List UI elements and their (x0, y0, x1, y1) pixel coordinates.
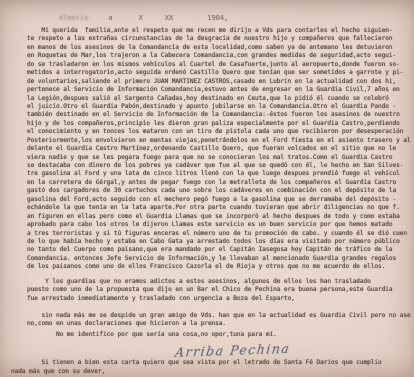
dateline-month: XX (165, 14, 173, 22)
typed-line: aprobado para cabo los otros le dijeron … (27, 221, 409, 229)
paragraph-guardias: Y los guardias que no eramos adictos a e… (27, 278, 409, 303)
typed-line: hijo y de los compañeros,principio les d… (27, 120, 409, 128)
typed-line: Posteriormente,los envolvieron en mantas… (27, 137, 409, 145)
typed-line: tre gasolina al Ford y una lata de cinco… (27, 170, 409, 178)
typed-line: gasolina del Ford,acto seguido con el me… (27, 196, 409, 204)
typed-line: no tanto del Cuerpo como paisano,que era… (27, 246, 409, 254)
typed-line: nada más que con su dever, (11, 368, 409, 376)
typed-line: pertenece al Servicio de Información Com… (27, 86, 409, 94)
typed-line: Y los guardias que no eramos adictos a e… (27, 278, 409, 286)
letter-body: Mi querida familia,ante el respeto que m… (27, 27, 409, 375)
typed-line: echándole la que tenía en la lata aparte… (27, 204, 409, 212)
typed-line: no,como en unas declaraciones que hicier… (27, 320, 409, 328)
dateline-day: X (139, 14, 143, 22)
typed-line: de los paisanos como uno de ellos Franci… (27, 263, 409, 271)
typed-line: el conocimiento y en tonces los mataron … (27, 128, 409, 136)
dateline: AlmeríaaXXX1904, (36, 6, 228, 18)
typed-line: en Roquetas de Mar,los trajeron a la Cab… (27, 52, 409, 60)
typed-line: puesto como uno de la propuesta que dijo… (27, 286, 409, 294)
typed-line: de voluntarios,saliendo el primero JUAN … (27, 78, 409, 86)
dateline-place: Almería (59, 14, 89, 22)
typed-line: fue arrestado inmediatamente y trasladad… (27, 295, 409, 303)
letter-page: AlmeríaaXXX1904, Mi querida familia,ante… (0, 0, 414, 377)
typed-line: gastó dos cargadores de 30 cartuchos cad… (27, 187, 409, 195)
typed-line: viera nadie y que se les pegara fuego pa… (27, 154, 409, 162)
typed-line: te respeto a las extrañas circunstancias… (27, 35, 409, 43)
dateline-token-a: a (108, 14, 112, 22)
typed-line: an figuren en ellas pero como el Guardia… (27, 213, 409, 221)
dateline-year: 1904, (207, 14, 228, 22)
typed-line: también destinado en el Servicio de Info… (27, 111, 409, 119)
typed-line: la Legión,despues salió al Sargento Caña… (27, 95, 409, 103)
paragraph-main: Mi querida familia,ante el respeto que m… (27, 27, 409, 272)
paragraph-postdata: Si tienen a bien esta carta quiero que s… (27, 359, 409, 376)
typed-line: a tres terroristas y si tú figuras encer… (27, 230, 409, 238)
paragraph-despedida: sin nada más me se despide un gran amigo… (27, 312, 409, 339)
typed-line: do se trasladaron en los mismos vehículo… (27, 61, 409, 69)
typed-line: metidos a interrogatorio,acto seguida or… (27, 69, 409, 77)
typed-line: Comandancia. entonces Jefe Servicio de I… (27, 255, 409, 263)
typed-line: delante el Guardia Castro Martínez,orden… (27, 145, 409, 153)
